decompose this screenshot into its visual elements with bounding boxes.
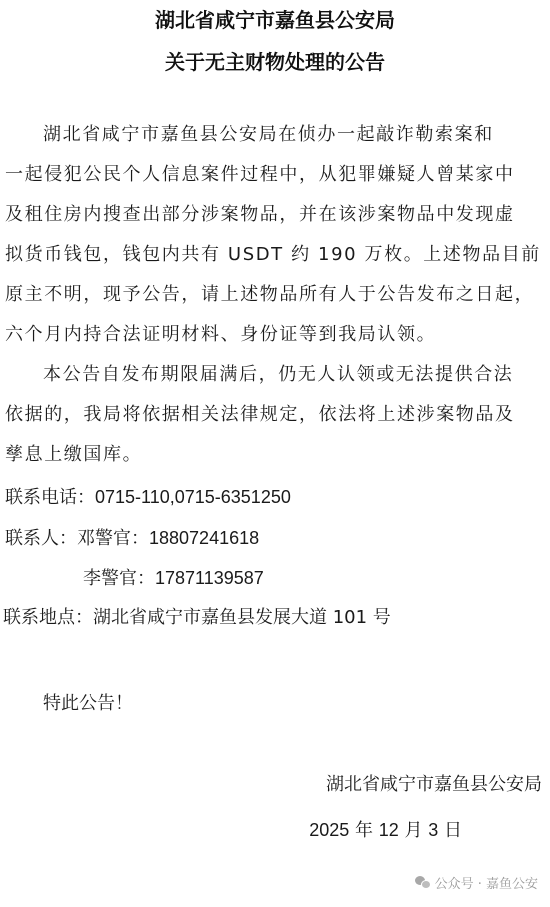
officer-2-name: 李警官： bbox=[83, 568, 155, 589]
contact-address-label: 联系地点： bbox=[3, 607, 93, 628]
page-title-line-1: 湖北省咸宁市嘉鱼县公安局 bbox=[0, 4, 550, 33]
paragraph-line: 原主不明，现予公告，请上述物品所有人于公告发布之日起， bbox=[5, 283, 545, 307]
paragraph-line: 本公告自发布期限届满后，仍无人认领或无法提供合法 bbox=[43, 363, 550, 387]
date-month: 12 bbox=[379, 820, 399, 840]
issuer-signature: 湖北省咸宁市嘉鱼县公安局 bbox=[326, 773, 542, 797]
date-month-unit: 月 bbox=[405, 820, 423, 841]
wechat-watermark: 公众号 · 嘉鱼公安 bbox=[415, 873, 538, 892]
officer-2-phone: 17871139587 bbox=[155, 568, 264, 588]
date-day-unit: 日 bbox=[444, 820, 462, 841]
date-year-unit: 年 bbox=[355, 820, 373, 841]
date-year: 2025 bbox=[309, 820, 349, 840]
closing-statement: 特此公告！ bbox=[43, 692, 133, 716]
contact-person-1: 联系人：邓警官：18807241618 bbox=[5, 526, 259, 551]
paragraph-line: 拟货币钱包，钱包内共有 USDT 约 190 万枚。上述物品目前 bbox=[5, 243, 545, 267]
contact-phone-label: 联系电话： bbox=[5, 487, 95, 508]
contact-address: 联系地点：湖北省咸宁市嘉鱼县发展大道 101 号 bbox=[3, 606, 391, 630]
paragraph-line: 湖北省咸宁市嘉鱼县公安局在侦办一起敲诈勒索案和 bbox=[43, 123, 550, 147]
wechat-icon bbox=[415, 876, 431, 889]
page-title-line-2: 关于无主财物处理的公告 bbox=[0, 46, 550, 75]
paragraph-line: 依据的，我局将依据相关法律规定，依法将上述涉案物品及 bbox=[5, 403, 545, 427]
officer-1-name: 邓警官： bbox=[77, 528, 149, 549]
paragraph-line: 一起侵犯公民个人信息案件过程中，从犯罪嫌疑人曾某家中 bbox=[5, 163, 545, 187]
paragraph-line: 孳息上缴国库。 bbox=[5, 443, 545, 467]
paragraph-line: 六个月内持合法证明材料、身份证等到我局认领。 bbox=[5, 323, 545, 347]
contact-person-label: 联系人： bbox=[5, 528, 77, 549]
paragraph-line: 及租住房内搜查出部分涉案物品，并在该涉案物品中发现虚 bbox=[5, 203, 545, 227]
contact-address-value: 湖北省咸宁市嘉鱼县发展大道 101 号 bbox=[93, 607, 391, 628]
issue-date: 2025 年 12 月 3 日 bbox=[0, 818, 462, 843]
date-day: 3 bbox=[428, 820, 438, 840]
contact-phone-value: 0715-110,0715-6351250 bbox=[95, 487, 291, 507]
contact-phone: 联系电话：0715-110,0715-6351250 bbox=[5, 485, 291, 510]
officer-1-phone: 18807241618 bbox=[149, 528, 259, 548]
contact-person-2: 李警官：17871139587 bbox=[83, 566, 264, 591]
watermark-text: 公众号 · 嘉鱼公安 bbox=[435, 873, 538, 892]
